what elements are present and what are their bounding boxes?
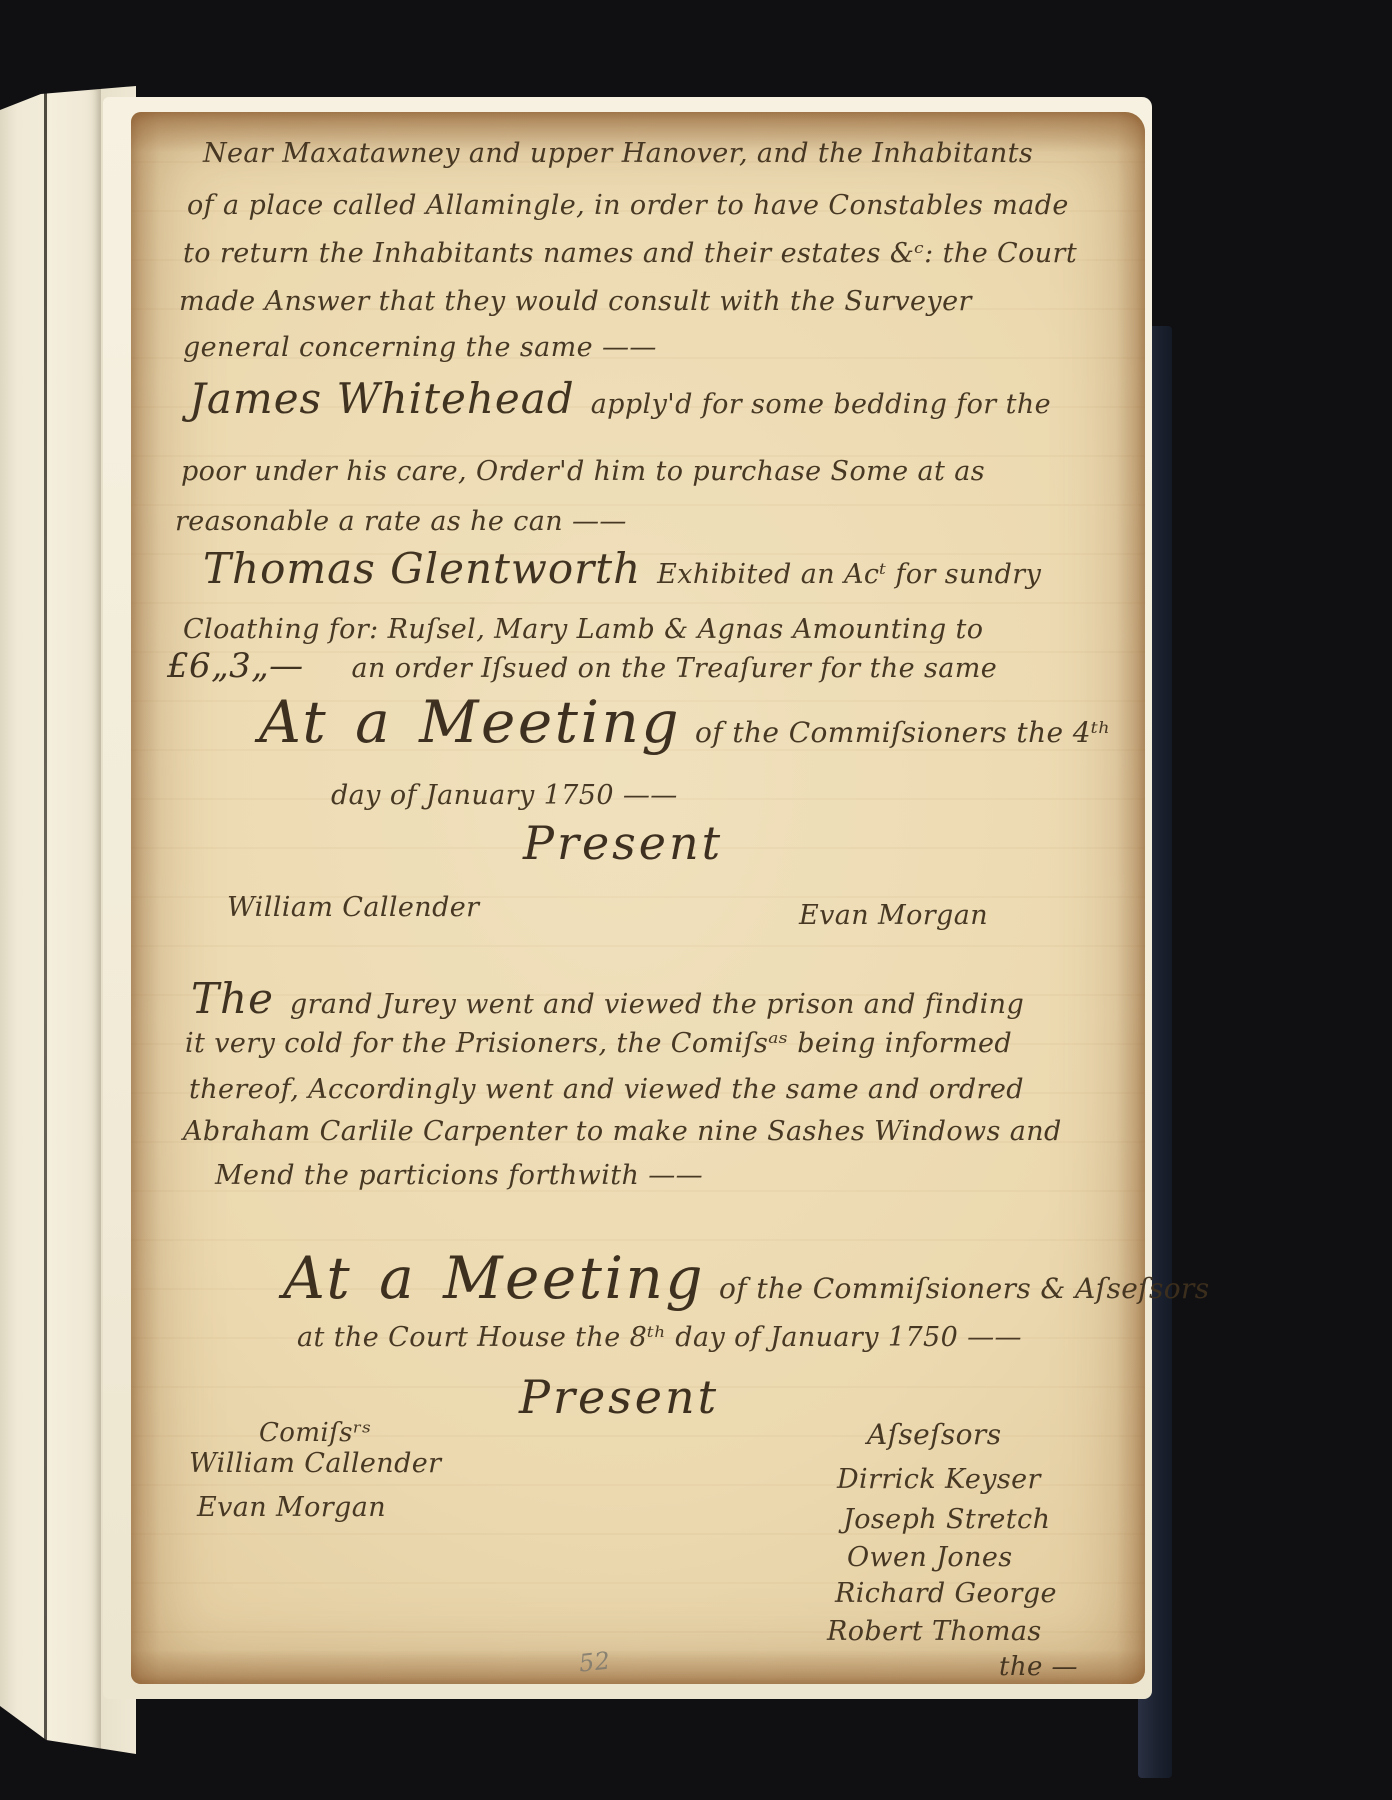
meeting2-date: at the Court House the 8ᵗʰ day of Januar…: [297, 1322, 1022, 1353]
para3-line: Cloathing for: Ruſsel, Mary Lamb & Agnas…: [183, 614, 983, 645]
para2-line: reasonable a rate as he can ——: [175, 506, 627, 537]
page-edge-strip: [0, 86, 44, 1754]
meeting-heading-script: At a Meeting: [283, 1244, 705, 1312]
present-heading: Present: [519, 1370, 719, 1424]
para4-text: grand Jurey went and viewed the prison a…: [290, 989, 1024, 1020]
para2-line: poor under his care, Order'd him to purc…: [181, 456, 985, 487]
para4-line: thereof, Accordingly went and viewed the…: [189, 1074, 1024, 1105]
meeting2-heading: At a Meetingof the Commiſsioners & Aſseſ…: [283, 1244, 1210, 1312]
assessor-name: Robert Thomas: [827, 1616, 1042, 1647]
meeting-heading-rest: of the Commiſsioners & Aſseſsors: [719, 1272, 1210, 1305]
pencil-page-number: 52: [578, 1646, 612, 1677]
catchword: the —: [999, 1652, 1078, 1682]
para4-lead: The: [191, 974, 274, 1023]
person-name: James Whitehead: [189, 374, 575, 423]
para4-line: Thegrand Jurey went and viewed the priso…: [191, 974, 1024, 1023]
manuscript-page: Near Maxatawney and upper Hanover, and t…: [131, 112, 1145, 1684]
person-name: Thomas Glentworth: [203, 544, 641, 593]
para3-line: Thomas GlentworthExhibited an Acᵗ for su…: [203, 544, 1041, 593]
photo-stage: Near Maxatawney and upper Hanover, and t…: [0, 0, 1392, 1800]
para2-text: apply'd for some bedding for the: [591, 389, 1051, 420]
assessor-name: Richard George: [835, 1578, 1057, 1609]
assessors-heading: Aſseſsors: [867, 1418, 1001, 1451]
attendee-name: William Callender: [227, 892, 479, 923]
assessor-name: Dirrick Keyser: [837, 1464, 1041, 1495]
commissioner-name: William Callender: [189, 1448, 441, 1479]
meeting1-heading: At a Meetingof the Commiſsioners the 4ᵗʰ: [259, 688, 1111, 756]
para3-text: an order Iſsued on the Treaſurer for the…: [352, 653, 998, 684]
page-edge-strip: [47, 86, 101, 1754]
para1-line: general concerning the same ——: [183, 332, 657, 363]
present-heading: Present: [523, 816, 723, 870]
commissioner-name: Evan Morgan: [197, 1492, 386, 1523]
para1-line: Near Maxatawney and upper Hanover, and t…: [203, 138, 1033, 169]
para1-line: to return the Inhabitants names and thei…: [183, 238, 1077, 269]
assessor-name: Owen Jones: [847, 1542, 1013, 1573]
para3-text: Exhibited an Acᵗ for sundry: [657, 559, 1041, 590]
para1-line: made Answer that they would consult with…: [179, 286, 972, 317]
meeting-heading-rest: of the Commiſsioners the 4ᵗʰ: [695, 716, 1111, 749]
assessor-name: Joseph Stretch: [843, 1504, 1050, 1535]
para4-line: it very cold for the Prisioners, the Com…: [185, 1028, 1012, 1059]
para2-line: James Whiteheadapply'd for some bedding …: [189, 374, 1051, 423]
money-amount: £6„3„—: [167, 646, 304, 686]
para3-line: £6„3„—an order Iſsued on the Treaſurer f…: [167, 646, 997, 686]
para1-line: of a place called Allamingle, in order t…: [187, 190, 1069, 221]
meeting-heading-script: At a Meeting: [259, 688, 681, 756]
meeting1-date: day of January 1750 ——: [331, 780, 678, 811]
commissioners-heading: Comiſsʳˢ: [259, 1418, 371, 1448]
para4-line: Abraham Carlile Carpenter to make nine S…: [183, 1116, 1062, 1147]
para4-line: Mend the particions forthwith ——: [215, 1160, 703, 1191]
attendee-name: Evan Morgan: [799, 900, 988, 931]
